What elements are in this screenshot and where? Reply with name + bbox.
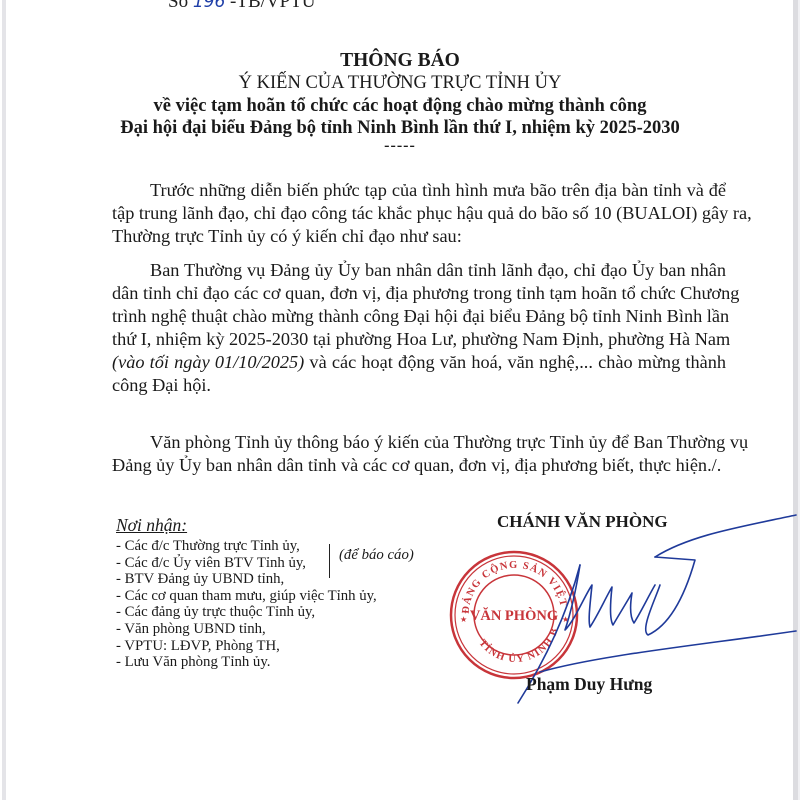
document-number: Số 196 -TB/VPTU	[168, 0, 316, 13]
document-subject-line-1: về việc tạm hoãn tổ chức các hoạt động c…	[0, 96, 800, 117]
paragraph-2-line: Ban Thường vụ Đảng ủy Ủy ban nhân dân tỉ…	[112, 259, 726, 282]
recipient-item: - Lưu Văn phòng Tỉnh ủy.	[116, 654, 377, 671]
paragraph-2-line: công Đại hội.	[112, 374, 726, 397]
doc-number-prefix: Số	[168, 0, 193, 12]
document-subject-line-2: Đại hội đại biểu Đảng bộ tỉnh Ninh Bình …	[0, 118, 800, 139]
document-title: THÔNG BÁO	[0, 50, 800, 72]
recipient-item: - BTV Đảng ủy UBND tỉnh,	[116, 571, 377, 588]
recipient-item: - Các đ/c Ủy viên BTV Tỉnh ủy,	[116, 555, 377, 572]
paragraph-2-line-rest: và các hoạt động văn hoá, văn nghệ,... c…	[304, 352, 726, 372]
paragraph-2-line: dân tỉnh chỉ đạo các cơ quan, đơn vị, đị…	[112, 282, 726, 305]
paragraph-1-line: tập trung lãnh đạo, chỉ đạo công tác khắ…	[112, 202, 726, 225]
paragraph-3-line: Đảng ủy Ủy ban nhân dân tỉnh và các cơ q…	[112, 454, 726, 477]
recipient-item: - Các đảng ủy trực thuộc Tỉnh ủy,	[116, 604, 377, 621]
recipient-item: - Các đ/c Thường trực Tỉnh ủy,	[116, 538, 377, 555]
recipients-title: Nơi nhận:	[116, 515, 377, 536]
paragraph-2: Ban Thường vụ Đảng ủy Ủy ban nhân dân tỉ…	[112, 259, 726, 397]
recipients-note: (để báo cáo)	[339, 547, 414, 564]
doc-number-suffix: -TB/VPTU	[225, 0, 315, 12]
event-date-note: (vào tối ngày 01/10/2025)	[112, 352, 304, 372]
paragraph-3: Văn phòng Tỉnh ủy thông báo ý kiến của T…	[112, 431, 726, 477]
paragraph-2-line: trình nghệ thuật chào mừng thành công Đạ…	[112, 305, 726, 328]
title-separator: -----	[0, 137, 800, 155]
paragraph-2-line: thứ I, nhiệm kỳ 2025-2030 tại phường Hoa…	[112, 328, 726, 351]
signer-name: Phạm Duy Hưng	[526, 674, 652, 695]
paragraph-1: Trước những diễn biến phức tạp của tình …	[112, 179, 726, 248]
paragraph-3-line: Văn phòng Tỉnh ủy thông báo ý kiến của T…	[112, 431, 726, 454]
recipient-item: - Các cơ quan tham mưu, giúp việc Tỉnh ủ…	[116, 588, 377, 605]
svg-text:★: ★	[460, 615, 467, 624]
recipients-block: Nơi nhận: - Các đ/c Thường trực Tỉnh ủy,…	[116, 515, 377, 671]
doc-number-handwritten: 196	[193, 0, 225, 12]
recipient-item: - Văn phòng UBND tỉnh,	[116, 621, 377, 638]
recipients-bracket	[329, 544, 330, 578]
recipient-item: - VPTU: LĐVP, Phòng TH,	[116, 638, 377, 655]
paragraph-1-line: Trước những diễn biến phức tạp của tình …	[112, 179, 726, 202]
paragraph-2-line-mixed: (vào tối ngày 01/10/2025) và các hoạt độ…	[112, 351, 726, 374]
document-subtitle: Ý KIẾN CỦA THƯỜNG TRỰC TỈNH ỦY	[0, 73, 800, 94]
paragraph-1-line: Thường trực Tỉnh ủy có ý kiến chỉ đạo nh…	[112, 225, 726, 248]
recipients-list: - Các đ/c Thường trực Tỉnh ủy, - Các đ/c…	[116, 538, 377, 671]
